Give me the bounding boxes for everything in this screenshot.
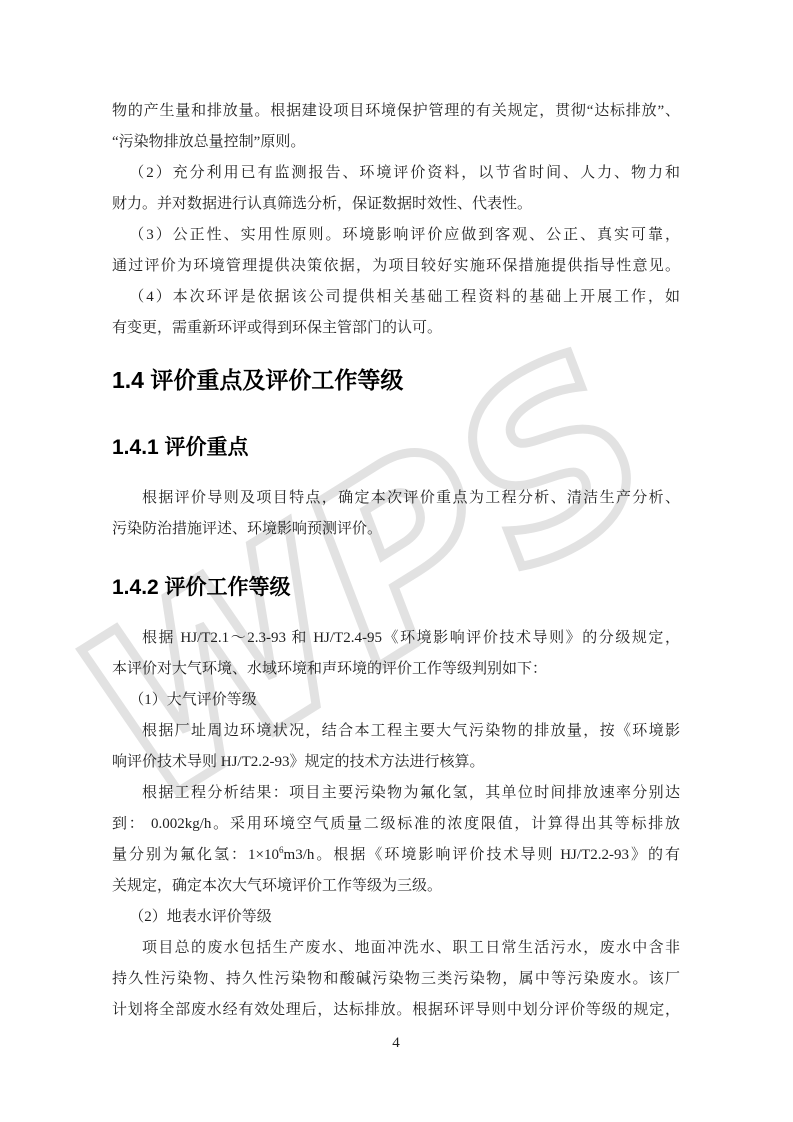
body-line: （4）本次环评是依据该公司提供相关基础工程资料的基础上开展工作，如 xyxy=(112,282,680,313)
body-line-superscript: 量分别为氟化氢：1×106m3/h。根据《环境影响评价技术导则 HJ/T2.2-… xyxy=(112,840,680,871)
body-line: 有变更，需重新环评或得到环保主管部门的认可。 xyxy=(112,313,680,344)
body-line: （2）充分利用已有监测报告、环境评价资料，以节省时间、人力、物力和 xyxy=(112,158,680,189)
page-content: 物的产生量和排放量。根据建设项目环境保护管理的有关规定，贯彻“达标排放”、 “污… xyxy=(112,0,680,1054)
heading-1-4-2: 1.4.2 评价工作等级 xyxy=(112,573,680,603)
body-line: （1）大气评价等级 xyxy=(112,685,680,716)
body-text-segment: 量分别为氟化氢：1×10 xyxy=(112,847,279,863)
page-number: 4 xyxy=(112,1032,680,1054)
document-page: WPS 物的产生量和排放量。根据建设项目环境保护管理的有关规定，贯彻“达标排放”… xyxy=(0,0,793,1122)
body-line: 根据评价导则及项目特点，确定本次评价重点为工程分析、清洁生产分析、 xyxy=(112,483,680,514)
body-text-segment: m3/h。根据《环境影响评价技术导则 HJ/T2.2-93》的有 xyxy=(284,847,680,863)
body-line: 关规定，确定本次大气环境评价工作等级为三级。 xyxy=(112,871,680,902)
body-line: 根据厂址周边环境状况，结合本工程主要大气污染物的排放量，按《环境影 xyxy=(112,716,680,747)
body-line: （3）公正性、实用性原则。环境影响评价应做到客观、公正、真实可靠， xyxy=(112,220,680,251)
body-line: 通过评价为环境管理提供决策依据，为项目较好实施环保措施提供指导性意见。 xyxy=(112,251,680,282)
body-line: “污染物排放总量控制”原则。 xyxy=(112,127,680,158)
body-line: 污染防治措施评述、环境影响预测评价。 xyxy=(112,514,680,545)
body-line: （2）地表水评价等级 xyxy=(112,902,680,933)
body-line: 财力。并对数据进行认真筛选分析，保证数据时效性、代表性。 xyxy=(112,189,680,220)
heading-1-4: 1.4 评价重点及评价工作等级 xyxy=(112,364,680,396)
body-line: 到： 0.002kg/h。采用环境空气质量二级标准的浓度限值，计算得出其等标排放 xyxy=(112,809,680,840)
body-line: 响评价技术导则 HJ/T2.2-93》规定的技术方法进行核算。 xyxy=(112,747,680,778)
body-line: 项目总的废水包括生产废水、地面冲洗水、职工日常生活污水，废水中含非 xyxy=(112,933,680,964)
body-line: 持久性污染物、持久性污染物和酸碱污染物三类污染物，属中等污染废水。该厂 xyxy=(112,964,680,995)
body-line: 物的产生量和排放量。根据建设项目环境保护管理的有关规定，贯彻“达标排放”、 xyxy=(112,96,680,127)
body-line: 根据工程分析结果：项目主要污染物为氟化氢，其单位时间排放速率分别达 xyxy=(112,778,680,809)
body-line: 本评价对大气环境、水域环境和声环境的评价工作等级判别如下： xyxy=(112,654,680,685)
body-line: 计划将全部废水经有效处理后，达标排放。根据环评导则中划分评价等级的规定， xyxy=(112,995,680,1026)
body-line: 根据 HJ/T2.1～2.3-93 和 HJ/T2.4-95《环境影响评价技术导… xyxy=(112,623,680,654)
heading-1-4-1: 1.4.1 评价重点 xyxy=(112,433,680,463)
